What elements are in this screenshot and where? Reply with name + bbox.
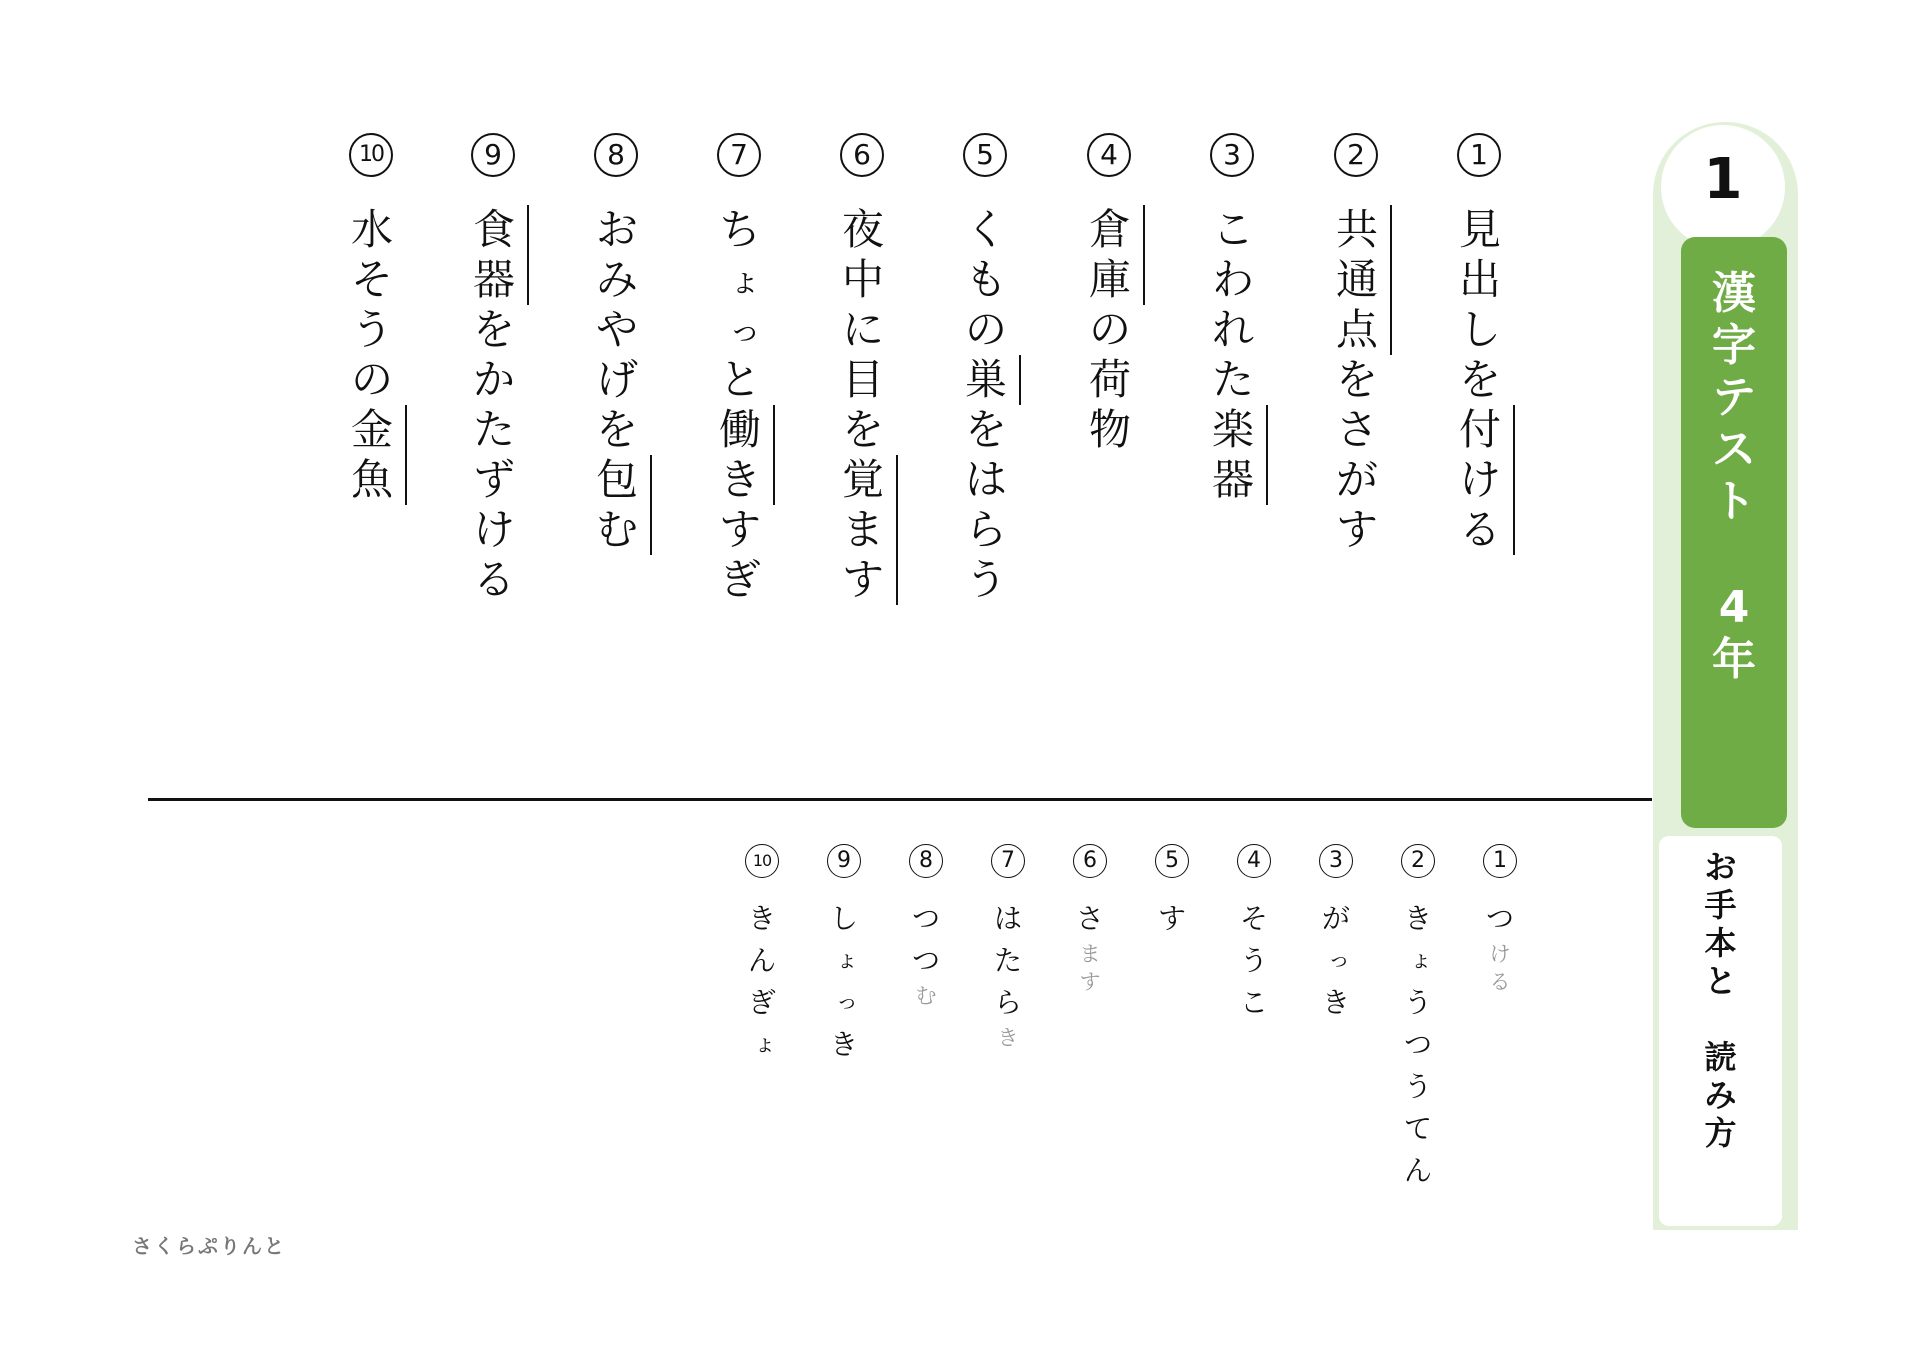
question-text: 水そうの金魚	[337, 205, 407, 505]
answer-number: 10	[745, 844, 779, 878]
question-text: 共通点をさがす	[1322, 205, 1392, 555]
question-number: 10	[349, 133, 393, 177]
divider-line	[148, 798, 1652, 801]
question-number: 2	[1334, 133, 1378, 177]
underline-mark	[896, 455, 898, 605]
question-text: 夜中に目を覚ます	[828, 205, 898, 605]
question-number: 9	[471, 133, 515, 177]
answer-reading: はたらき	[983, 898, 1033, 1052]
answer-number: 3	[1319, 844, 1353, 878]
answer-reading: そうこ	[1229, 898, 1279, 1024]
question-text: 倉庫の荷物	[1075, 205, 1145, 455]
answer-reading: つける	[1475, 898, 1525, 996]
underline-mark	[650, 455, 652, 555]
answer-number: 6	[1073, 844, 1107, 878]
okurigana: す	[1065, 968, 1115, 996]
okurigana: き	[983, 1024, 1033, 1052]
question-number: 3	[1210, 133, 1254, 177]
answer-number: 9	[827, 844, 861, 878]
question-number: 1	[1457, 133, 1501, 177]
answer-reading: す	[1147, 898, 1197, 940]
underline-mark	[1019, 355, 1021, 405]
underline-mark	[1266, 405, 1268, 505]
underline-mark	[527, 205, 529, 305]
underline-mark	[773, 405, 775, 505]
okurigana: け	[1475, 940, 1525, 968]
question-number: 8	[594, 133, 638, 177]
answer-number: 1	[1483, 844, 1517, 878]
question-number: 4	[1087, 133, 1131, 177]
answer-reading: しょっき	[819, 898, 869, 1066]
underline-mark	[405, 405, 407, 505]
answer-number: 7	[991, 844, 1025, 878]
answer-number: 4	[1237, 844, 1271, 878]
answer-number: 8	[909, 844, 943, 878]
sheet-number: 1	[1661, 140, 1785, 220]
underline-mark	[1143, 205, 1145, 305]
okurigana: ま	[1065, 940, 1115, 968]
question-text: くもの巣をはらう	[951, 205, 1021, 605]
answer-reading: がっき	[1311, 898, 1361, 1024]
answer-number: 2	[1401, 844, 1435, 878]
okurigana: る	[1475, 968, 1525, 996]
question-text: ちょっと働きすぎ	[705, 205, 775, 605]
question-text: おみやげを包む	[582, 205, 652, 555]
question-text: 食器をかたずける	[459, 205, 529, 605]
answer-reading: きんぎょ	[737, 898, 787, 1066]
underline-mark	[1513, 405, 1515, 555]
question-number: 6	[840, 133, 884, 177]
question-number: 5	[963, 133, 1007, 177]
question-number: 7	[717, 133, 761, 177]
answer-reading: さます	[1065, 898, 1115, 996]
answer-reading: きょうつうてん	[1393, 898, 1443, 1192]
question-text: 見出しを付ける	[1445, 205, 1515, 555]
question-text: こわれた楽器	[1198, 205, 1268, 505]
okurigana: む	[901, 982, 951, 1010]
answer-reading: つつむ	[901, 898, 951, 1010]
answer-label: お手本と読み方	[1659, 848, 1782, 1152]
underline-mark	[1390, 205, 1392, 355]
footer-brand: さくらぷりんと	[132, 1230, 286, 1259]
answer-number: 5	[1155, 844, 1189, 878]
worksheet-title: 漢字テスト4年	[1681, 268, 1787, 686]
